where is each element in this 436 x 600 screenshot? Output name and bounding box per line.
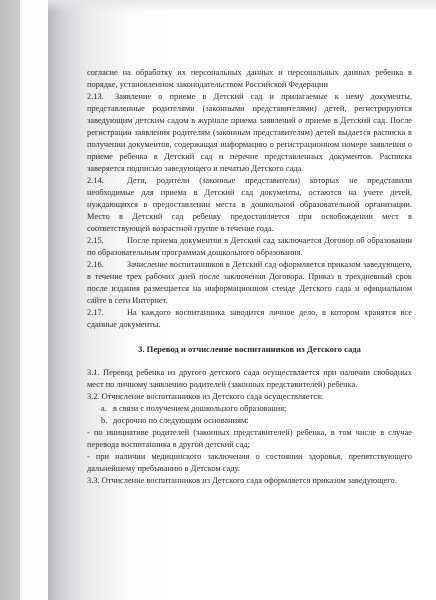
clause-text: На каждого воспитанника заводится личное… — [87, 308, 412, 329]
scan-edge-strip — [0, 0, 20, 600]
text-line: порядке, установленном законодательством… — [87, 79, 412, 91]
paragraph-2-14: 2.14.Дети, родители (законные представит… — [87, 175, 412, 235]
paragraph-2-13: 2.13.Заявление о приеме в Детский сад и … — [87, 91, 412, 175]
clause-text: Дети, родители (законные представители) … — [87, 176, 412, 233]
dash-item-medical: - при наличии медицинского заключения о … — [87, 451, 412, 475]
list-marker: a. — [101, 403, 113, 415]
paragraph-3-2: 3.2. Отчисление воспитанников из Детског… — [87, 391, 412, 403]
continued-text-line-1: согласие на обработку их персональных да… — [87, 67, 412, 79]
scan-margin — [20, 0, 48, 600]
clause-text: Зачисление воспитанников в Детский сад о… — [87, 260, 412, 305]
list-marker: b. — [101, 415, 113, 427]
clause-number: 2.13. — [87, 91, 115, 103]
page-top-shadow — [48, 0, 436, 12]
clause-text: Заявление о приеме в Детский сад и прила… — [87, 92, 412, 173]
paragraph-2-15: 2.15.После приема документов в Детский с… — [87, 235, 412, 259]
continued-text-line-2: порядке, установленном законодательством… — [87, 79, 328, 91]
clause-number: 2.14. — [87, 175, 127, 187]
paragraph-3-1: 3.1. Перевод ребенка из другого детского… — [87, 367, 412, 391]
list-item-a: a.в связи с получением дошкольного образ… — [87, 403, 412, 415]
text-line: согласие на обработку их персональных да… — [87, 67, 412, 79]
list-item-text: досрочно по следующим основаниям: — [113, 416, 249, 425]
paragraph-2-16: 2.16.Зачисление воспитанников в Детский … — [87, 259, 412, 307]
list-item-text: в связи с получением дошкольного образов… — [113, 404, 286, 413]
clause-number: 2.17. — [87, 307, 127, 319]
dash-item-parent-initiative: - по инициативе родителей (законных пред… — [87, 427, 412, 451]
clause-number: 2.15. — [87, 235, 127, 247]
document-body: согласие на обработку их персональных да… — [87, 67, 412, 487]
paragraph-2-17: 2.17.На каждого воспитанника заводится л… — [87, 307, 412, 331]
clause-text: После приема документов в Детский сад за… — [87, 236, 412, 257]
section-heading: 3. Перевод и отчисление воспитанников из… — [87, 343, 412, 355]
clause-number: 2.16. — [87, 259, 127, 271]
list-item-b: b.досрочно по следующим основаниям: — [87, 415, 412, 427]
paragraph-3-3: 3.3. Отчисление воспитанников из Детског… — [87, 475, 412, 487]
